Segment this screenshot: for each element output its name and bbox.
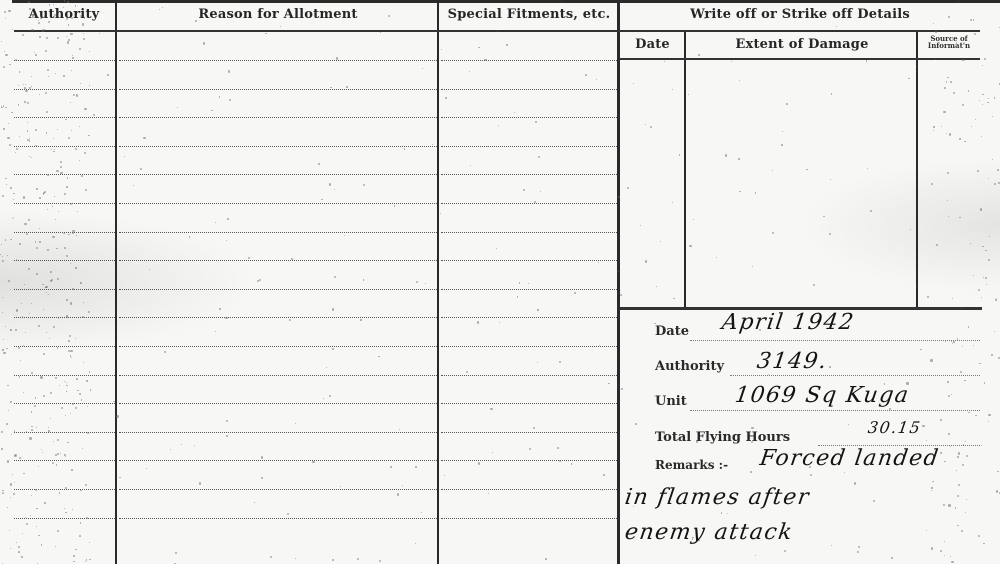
row-rule [14,146,115,148]
header-special-fitments: Special Fitments, etc. [440,7,618,22]
row-rule [119,260,437,262]
row-rule [441,203,617,205]
column-divider-writeoff-date [684,31,686,308]
card-value-total-flying-hours: 30.15 [867,418,923,437]
row-rule [441,346,617,348]
row-rule [441,89,617,91]
card-remarks-line3: enemy attack [623,520,795,545]
card-label-date: Date [655,324,689,339]
row-rule [14,346,115,348]
row-rule [14,203,115,205]
card-dotted-line-authority [730,375,980,377]
row-rule [441,375,617,377]
card-dotted-line-unit [690,410,980,412]
card-value-remarks: Forced landed [758,446,941,471]
column-divider-fitments [617,3,620,564]
row-rule [14,460,115,462]
row-rule [441,289,617,291]
row-rule [119,432,437,434]
row-rule [119,289,437,291]
subheader-source-of-information: Source of Informat'n [919,35,979,49]
row-rule [441,460,617,462]
row-rule [119,489,437,491]
row-rule [119,317,437,319]
row-rule [119,60,437,62]
subheader-date: Date [620,37,685,52]
row-rule [441,260,617,262]
subheader-underline [620,58,980,60]
header-write-off-details: Write off or Strike off Details [620,7,980,22]
header-reason-for-allotment: Reason for Allotment [118,7,438,22]
card-label-unit: Unit [655,394,687,409]
row-rule [119,174,437,176]
card-label-authority: Authority [655,359,724,374]
subheader-extent-of-damage: Extent of Damage [687,37,917,52]
row-rule [119,146,437,148]
record-card: Authority Reason for Allotment Special F… [0,0,1000,564]
row-rule [119,375,437,377]
card-dotted-line-date [690,340,980,342]
row-rule [119,346,437,348]
row-rule [119,460,437,462]
row-rule [441,432,617,434]
row-rule [119,518,437,520]
column-divider-writeoff-damage [916,31,918,308]
row-rule [14,89,115,91]
subheader-source-line2: Informat'n [919,42,979,49]
column-divider-reason [437,3,439,564]
card-label-remarks: Remarks :- [655,458,728,472]
row-rule [14,289,115,291]
row-rule [441,489,617,491]
row-rule [441,174,617,176]
row-rule [441,117,617,119]
row-rule [119,232,437,234]
row-rule [14,403,115,405]
card-value-date: April 1942 [720,310,856,335]
card-label-total-flying-hours: Total Flying Hours [655,430,790,445]
column-divider-authority [115,3,117,564]
row-rule [441,403,617,405]
row-rule [441,146,617,148]
row-rule [119,403,437,405]
row-rule [441,60,617,62]
row-rule [14,60,115,62]
row-rule [119,203,437,205]
row-rule [14,260,115,262]
row-rule [441,518,617,520]
row-rule [14,432,115,434]
row-rule [14,489,115,491]
row-rule [119,89,437,91]
card-value-authority: 3149. [755,349,829,374]
row-rule [441,317,617,319]
row-rule [119,117,437,119]
top-border [12,0,1000,3]
row-rule [14,174,115,176]
row-rule [14,518,115,520]
card-value-unit: 1069 Sq Kuga [733,383,911,408]
row-rule [14,375,115,377]
row-rule [14,317,115,319]
row-rule [441,232,617,234]
card-remarks-line2: in flames after [623,485,811,510]
